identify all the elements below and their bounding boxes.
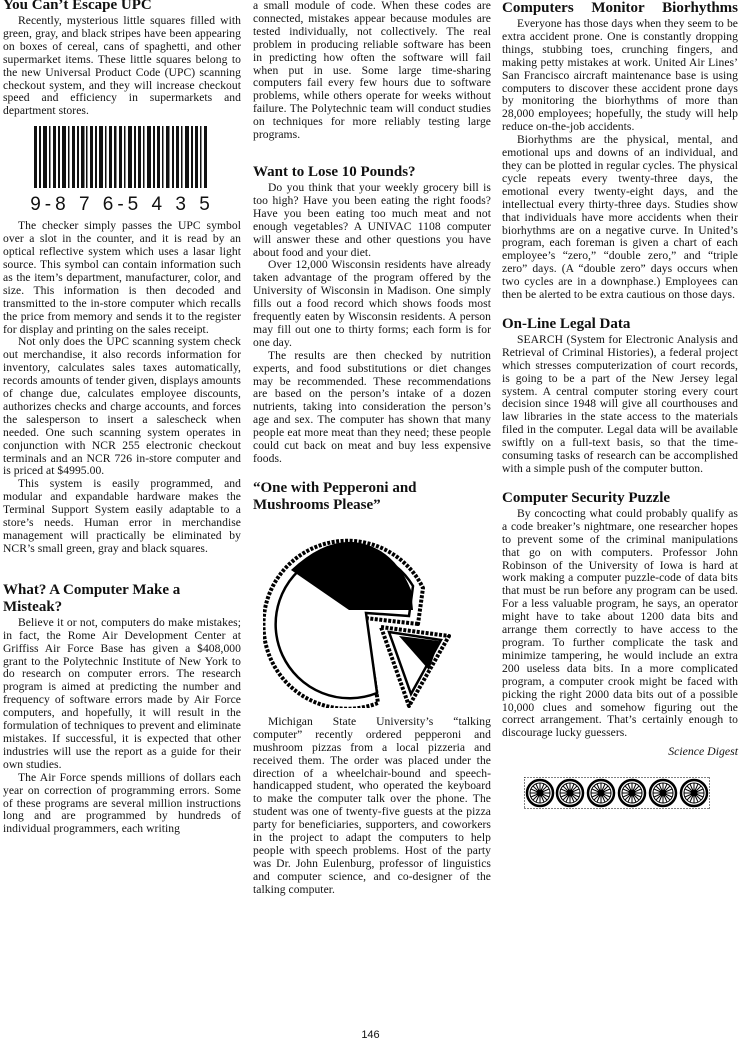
article-title-security: Computer Security Puzzle [502, 490, 738, 507]
upc-paragraph-3: Not only does the UPC scanning system ch… [3, 336, 241, 478]
column-1: You Can’t Escape UPC Recently, mysteriou… [3, 0, 241, 836]
article-title-pizza: “One with Pepperoni and Mushrooms Please… [253, 480, 491, 514]
security-paragraph-1: By concocting what could probably qualif… [502, 508, 738, 740]
barcode-number: 9-8 7 6-5 4 3 5 [3, 194, 241, 216]
article-title-legal: On-Line Legal Data [502, 316, 738, 333]
decorative-wheel-ornament-icon [524, 777, 710, 809]
pizza-illustration-icon [263, 528, 463, 708]
barcode-icon [34, 126, 210, 188]
mistake-paragraph-2: The Air Force spends millions of dollars… [3, 772, 241, 837]
pounds-paragraph-1: Do you think that your weekly grocery bi… [253, 182, 491, 259]
article-title-mistake: What? A Computer Make a Misteak? [3, 582, 241, 616]
source-credit: Science Digest [502, 744, 738, 759]
article-title-pounds: Want to Lose 10 Pounds? [253, 164, 491, 181]
page-number: 146 [0, 1029, 741, 1041]
article-title-upc: You Can’t Escape UPC [3, 0, 241, 14]
legal-paragraph-1: SEARCH (System for Electronic Analysis a… [502, 334, 738, 476]
pounds-paragraph-2: Over 12,000 Wisconsin residents have alr… [253, 259, 491, 349]
biorhythms-paragraph-1: Everyone has those days when they seem t… [502, 18, 738, 134]
biorhythms-paragraph-2: Biorhythms are the physical, mental, and… [502, 134, 738, 302]
mistake-paragraph-2-continued: a small module of code. When these codes… [253, 0, 491, 142]
mistake-paragraph-1: Believe it or not, computers do make mis… [3, 617, 241, 772]
column-2: a small module of code. When these codes… [253, 0, 491, 897]
upc-paragraph-2: The checker simply passes the UPC symbol… [3, 220, 241, 336]
article-title-biorhythms: Computers Monitor Biorhythms [502, 0, 738, 17]
column-3: Computers Monitor Biorhythms Everyone ha… [502, 0, 738, 809]
upc-paragraph-4: This system is easily programmed, and mo… [3, 478, 241, 555]
pizza-paragraph-1: Michigan State University’s “talking com… [253, 716, 491, 897]
upc-barcode: 9-8 7 6-5 4 3 5 [3, 126, 241, 216]
pounds-paragraph-3: The results are then checked by nutritio… [253, 350, 491, 466]
upc-paragraph-1: Recently, mysterious little squares fill… [3, 15, 241, 118]
